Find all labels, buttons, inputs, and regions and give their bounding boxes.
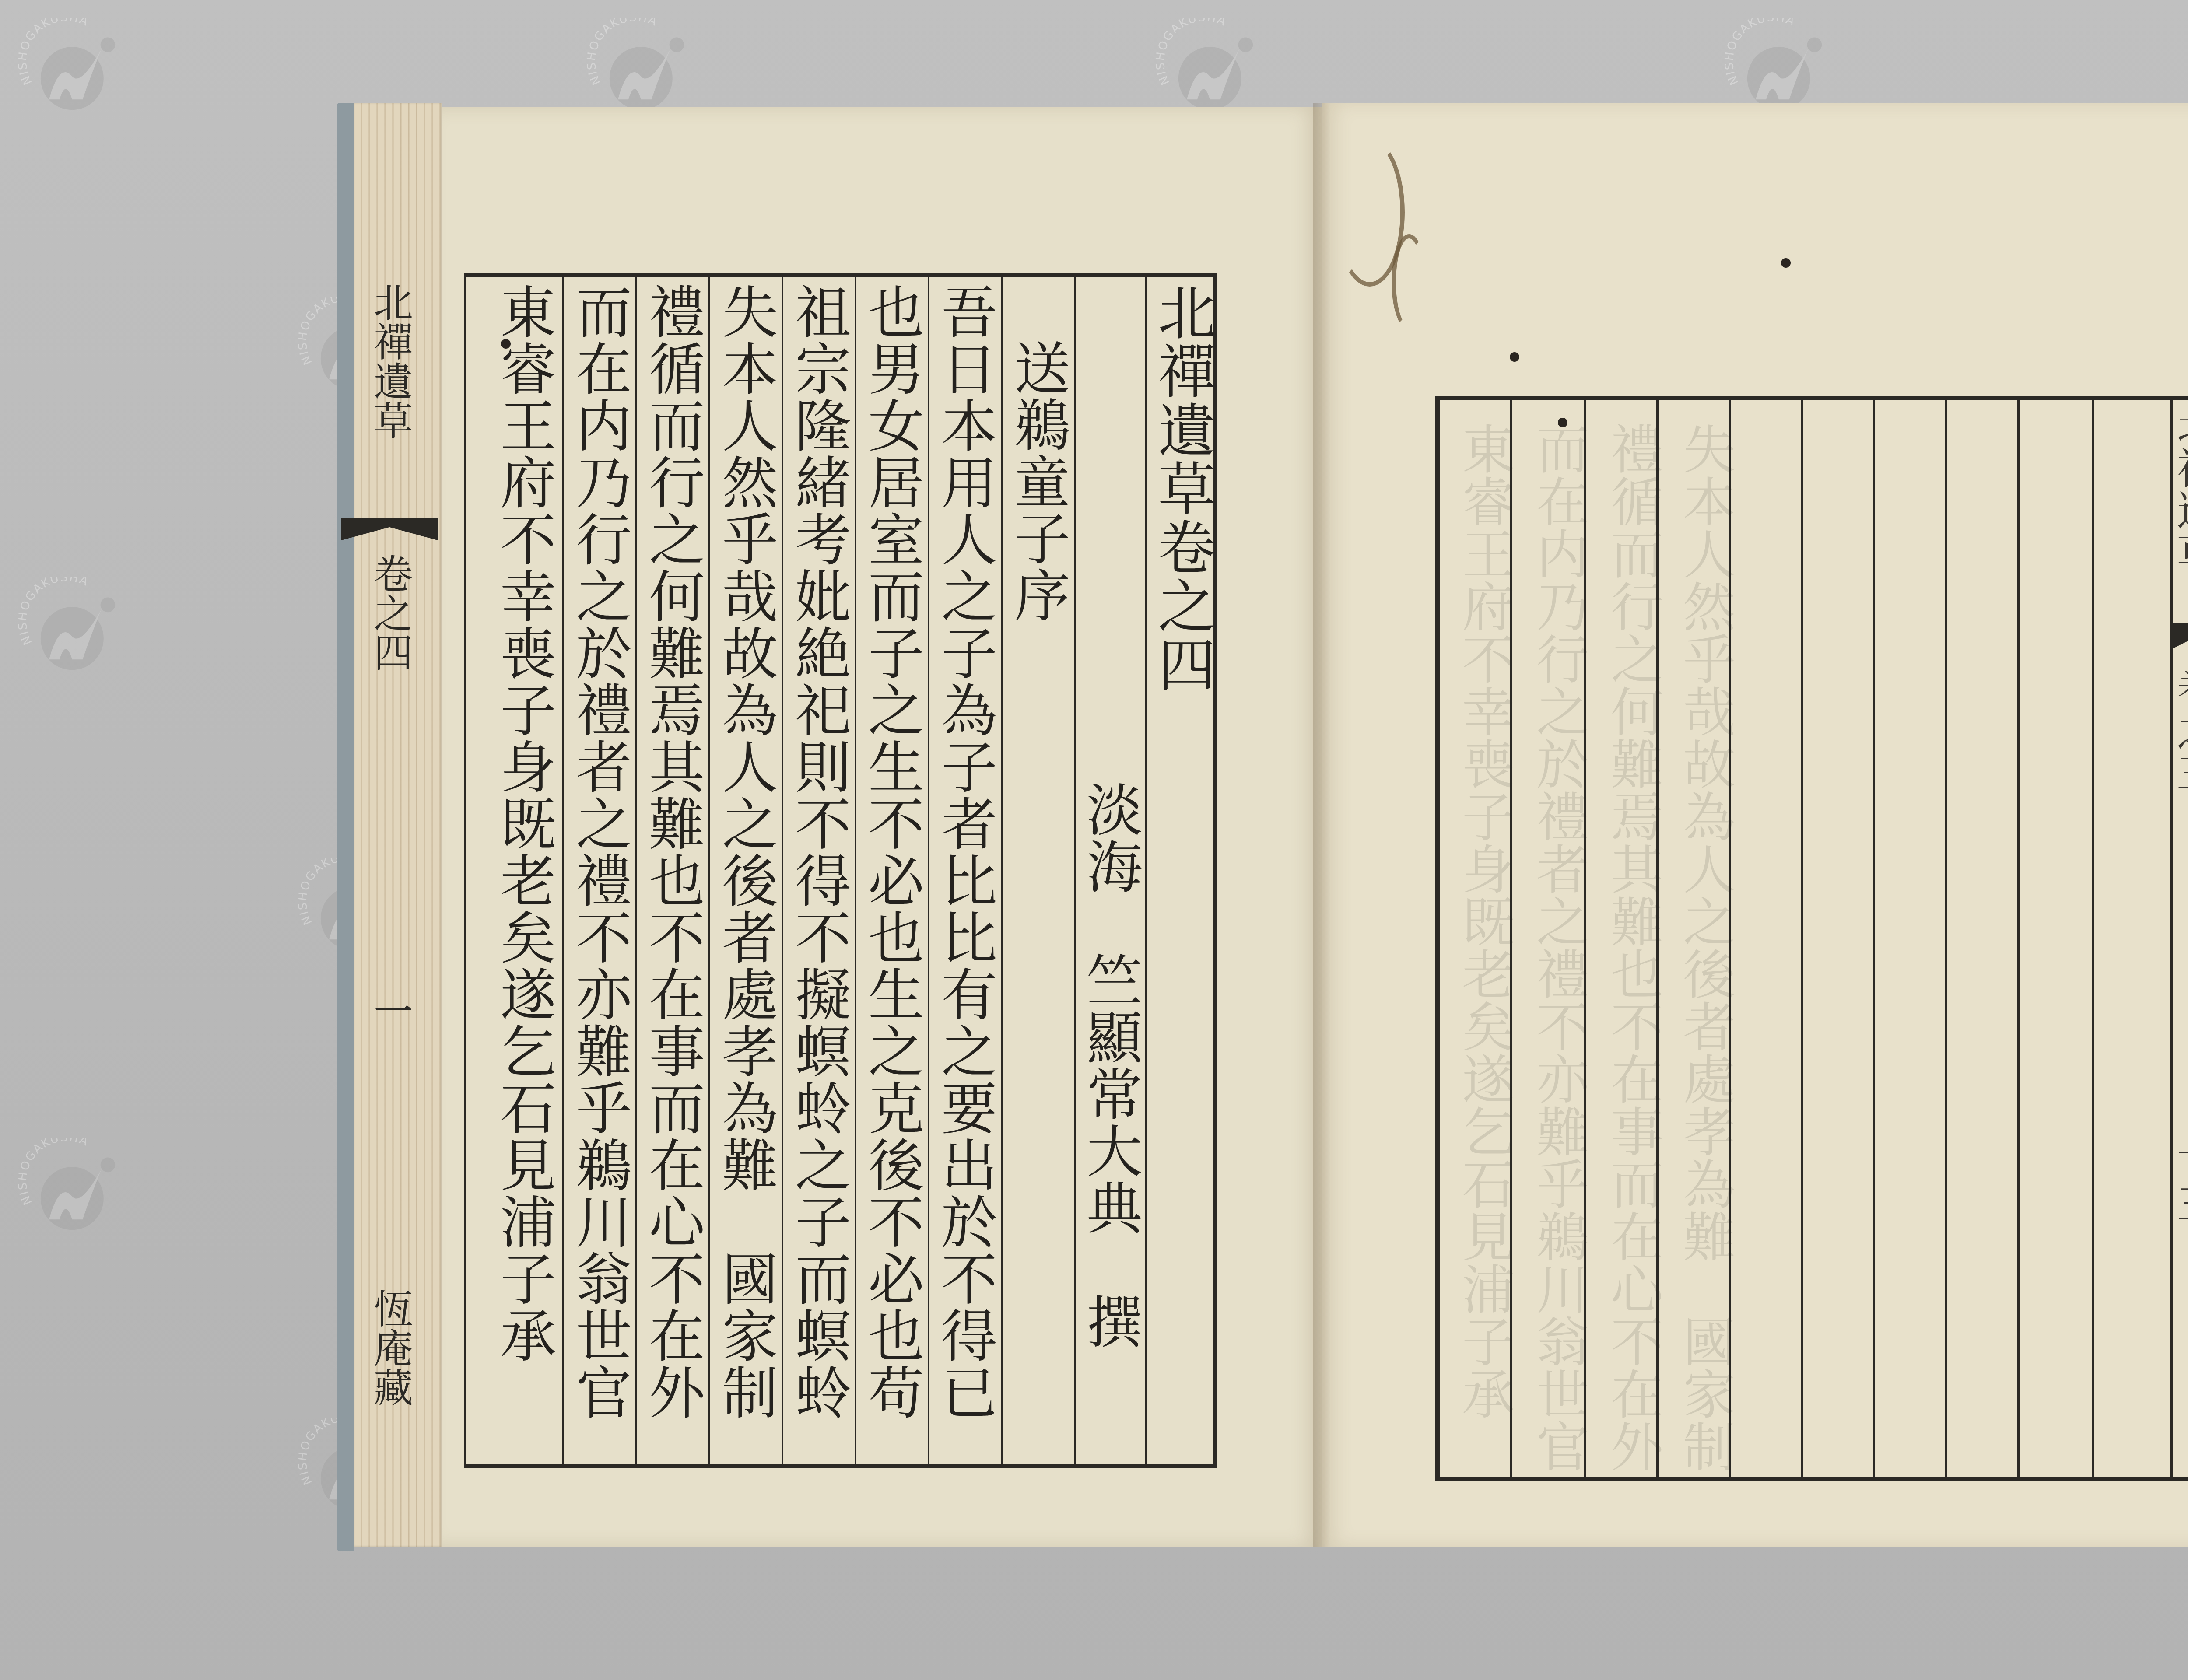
nishogakusha-watermark-icon: NISHOGAKUSHA	[18, 577, 123, 682]
book-gutter	[1313, 103, 1330, 1547]
left-text-frame: 北禪遺草 卷之四 一 恆庵藏 北禪遺草卷之四 淡海 竺顯常大典 撰 送鵜童子序 …	[346, 273, 1225, 1494]
body-column-3: 祖宗隆緒考妣絶祀則不得不擬螟蛉之子而螟蛉	[785, 283, 851, 1421]
column-rule	[1801, 396, 1803, 1481]
nishogakusha-watermark-icon: NISHOGAKUSHA	[18, 17, 123, 122]
right-ruled-frame: 東睿王府不幸喪子身既老矣遂乞石見浦子承 而在内乃行之於禮者之禮不亦難乎鵜川翁世官…	[1435, 396, 2188, 1481]
fishtail-mark-icon	[2170, 623, 2188, 650]
strip-publisher-mark: 恆庵藏	[368, 1288, 411, 1407]
strip-volume: 卷之四	[368, 553, 411, 672]
column-rule	[928, 273, 929, 1468]
body-column-5: 禮循而行之何難焉其難也不在事而在心不在外	[639, 283, 705, 1421]
strip-page-number: 一	[368, 991, 411, 1030]
strip-book-title: 北禪遺草	[368, 282, 411, 440]
column-rule	[1145, 273, 1147, 1468]
essay-title: 送鵜童子序	[1004, 339, 1070, 623]
body-column-7: 東睿王府不幸喪子身既老矣遂乞石見浦子承	[490, 283, 556, 1364]
left-center-strip: 北禪遺草 卷之四 一 恆庵藏	[328, 273, 455, 1468]
ink-speck	[501, 339, 511, 349]
right-center-strip: 北禪遺草 卷之三 廿三	[2170, 396, 2188, 1481]
fishtail-mark-icon	[341, 518, 438, 540]
author-line: 淡海 竺顯常大典 撰	[1076, 781, 1142, 1350]
column-rule	[855, 273, 856, 1468]
nishogakusha-watermark-icon: NISHOGAKUSHA	[18, 1137, 123, 1242]
show-through-text: 失本人然乎哉故為人之後者處孝為難 國家制	[1669, 422, 1739, 1472]
strip-page-number: 廿三	[2170, 1140, 2188, 1224]
ink-speck	[1558, 418, 1567, 427]
column-rule	[1945, 396, 1947, 1481]
show-through-text: 禮循而行之何難焉其難也不在事而在心不在外	[1597, 422, 1667, 1472]
column-rule	[2017, 396, 2020, 1481]
column-rule	[1873, 396, 1875, 1481]
column-rule	[1001, 273, 1003, 1468]
book-title: 北禪遺草卷之四	[1149, 283, 1214, 693]
column-rule	[562, 273, 564, 1468]
body-column-1: 吾日本用人之子為子者比比有之要出於不得已	[931, 283, 997, 1421]
strip-book-title: 北禪遺草	[2170, 405, 2188, 573]
column-rule	[782, 273, 783, 1468]
column-rule	[1074, 273, 1076, 1468]
ink-speck	[1781, 258, 1791, 268]
body-column-4: 失本人然乎哉故為人之後者處孝為難 國家制	[712, 283, 778, 1421]
show-through-text: 東睿王府不幸喪子身既老矣遂乞石見浦子承	[1448, 422, 1518, 1420]
wormhole-damage	[1392, 234, 1427, 330]
show-through-text: 而在内乃行之於禮者之禮不亦難乎鵜川翁世官	[1523, 422, 1593, 1472]
column-rule	[708, 273, 710, 1468]
ink-speck	[1510, 352, 1519, 362]
strip-volume: 卷之三	[2170, 667, 2188, 793]
body-column-2: 也男女居室而子之生不必也生之克後不必也苟	[858, 283, 924, 1421]
column-rule	[635, 273, 637, 1468]
column-rule	[2092, 396, 2094, 1481]
body-column-6: 而在内乃行之於禮者之禮不亦難乎鵜川翁世官	[566, 283, 631, 1421]
